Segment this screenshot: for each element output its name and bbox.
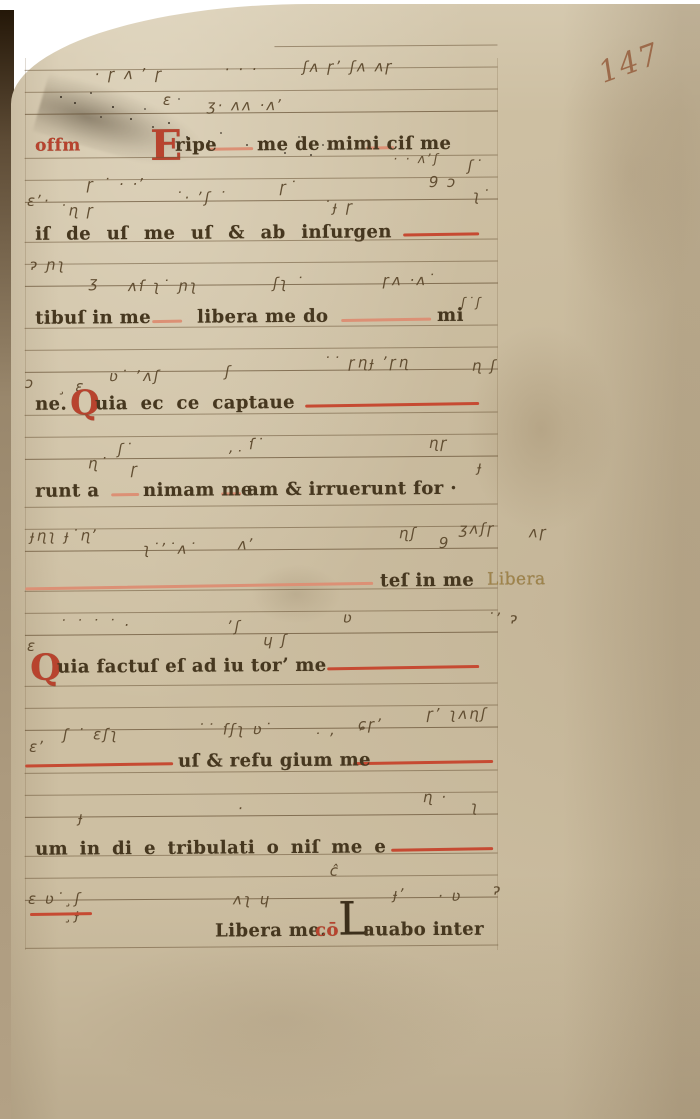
neume-group: ɟɳʅ ɟ˙ɳʼ <box>30 528 99 543</box>
red-extender-line <box>353 760 493 765</box>
ruled-line <box>25 683 498 687</box>
ruled-line <box>25 875 498 879</box>
ruled-line <box>25 504 498 508</box>
neume-group: · ʋ <box>438 889 463 904</box>
neume-group: ʒ· ʌʌ ·ʌʼ <box>207 98 284 114</box>
ruled-line <box>25 610 498 614</box>
ruled-line <box>25 369 498 373</box>
neume-group: ɟʼ <box>393 887 407 902</box>
neume-group: ʌſ ʅ˙ ɲʅ <box>128 279 199 294</box>
neume-group: ʌʅ ɥ <box>233 892 271 907</box>
neume-group: ʋ <box>343 611 354 626</box>
neume-group: ˙˙ ɼɳɟ ʼɼɳ <box>323 355 411 371</box>
ruled-line <box>25 412 498 416</box>
neume-group: · ɼ ʌ ʼ ɼ <box>95 67 165 82</box>
chant-text: auabo inter <box>363 919 484 941</box>
red-extender-line <box>305 402 479 408</box>
chant-text-row: Libera me.cōLauabo inter <box>25 918 555 956</box>
neume-group: ʃʅ ˙ <box>273 276 305 291</box>
neume-group: ˙ ʼ <box>313 732 336 747</box>
red-abbreviation: cō <box>315 920 339 942</box>
red-extender-line <box>327 665 479 670</box>
neume-group: ʒ <box>89 275 100 290</box>
chant-text: am & irruerunt for · <box>247 478 457 501</box>
red-extender-line <box>111 493 139 496</box>
ruled-line <box>25 770 498 774</box>
neume-group: ʒʌʃɼ <box>459 522 497 537</box>
chant-text: uia factuſ eſ ad iu torʼ me <box>57 655 327 678</box>
neume-group: ɳɼ <box>429 436 450 451</box>
ruled-line <box>25 347 498 351</box>
neume-group: ɼʌ ·ʌ˙ <box>383 273 437 288</box>
ruled-line <box>25 853 498 857</box>
ruled-line <box>25 588 498 592</box>
neume-group: ʅ <box>471 800 480 815</box>
neume-group: ʼ˙ <box>228 449 244 464</box>
neume-group: ɂ <box>493 883 502 898</box>
neume-group: ʅ˙ʼ˙ʌ˙ <box>143 542 198 557</box>
neume-group: ʃ ˙ ɛʃʅ <box>63 727 119 742</box>
neume-group: ʌʼ <box>238 537 256 552</box>
neume-group: ɳʃ <box>399 526 418 541</box>
neume-group: ɕɼʼ <box>358 717 384 732</box>
neume-group: 9 ɔ <box>429 175 458 190</box>
chant-text: nimam me <box>143 479 253 501</box>
neume-group: · · · <box>225 62 259 77</box>
ruled-line <box>25 261 498 265</box>
neume-group: ˙· ʼʃ ˙ <box>175 190 228 205</box>
neume-group: ɼ˙ <box>280 180 299 195</box>
neume-group: 9 <box>439 536 451 551</box>
neume-group: · <box>238 801 245 816</box>
neume-group: ɼʼ ʅʌɳʃ <box>427 707 488 722</box>
neume-group: ɔ <box>25 376 35 391</box>
neume-group: ʼʃ <box>228 619 242 634</box>
neume-group: ɛʼ· <box>27 194 51 209</box>
neume-group: ɂ ɲʅ <box>30 258 67 273</box>
neume-group: ʅ˙ <box>473 189 492 204</box>
neume-group: ɟ <box>78 810 85 825</box>
neume-group: ˙ʼ ɂ <box>487 611 519 626</box>
neume-group: ɳ · <box>423 790 448 805</box>
staff-system: ɛ ʋ˙¸ʃ¸ɟʌʅ ɥĉɟʼ· ʋɂLibera me.cōLauabo in… <box>25 848 556 972</box>
ruled-line <box>25 239 498 243</box>
neume-group: ɛ <box>163 93 173 108</box>
neume-group: ɟ <box>477 460 484 475</box>
neume-group: ɼ ˙ · ·ʼ <box>87 177 146 192</box>
neume-group: ˙˙ ſʃʅ ʋ˙ <box>197 722 273 738</box>
red-extender-line <box>25 762 173 767</box>
neume-group: ſ˙ <box>249 437 266 452</box>
manuscript-photo: 147 · ɼ ʌ ʼ ɼ· · ·ʃʌ ɼʼ ʃʌ ʌɼɛʒ· ʌʌ ·ʌʼ·… <box>0 0 700 1119</box>
neume-group: ɳ ʃ <box>472 359 498 374</box>
neume-group: ˙ ˙ ˙ ˙ · <box>59 618 131 634</box>
neume-group: ɼ <box>131 462 140 477</box>
neume-group: ʌɼ <box>529 525 549 540</box>
chant-text: Libera me. <box>215 920 327 942</box>
neume-group: ˙ɟ ɼ <box>323 200 355 215</box>
ruled-line <box>25 155 498 159</box>
ruled-line <box>25 325 498 329</box>
neume-group: ʋ˙ ʼʌʃ <box>109 369 161 384</box>
chant-text: runt a <box>35 480 99 502</box>
neume-group: ɥ ʃ <box>263 633 288 648</box>
ruled-line <box>25 548 498 552</box>
neume-group: ĉ <box>330 864 340 879</box>
neume-group: ʃ <box>225 364 232 379</box>
neume-group: ˙ɳ ɼ <box>59 203 96 218</box>
neume-group: ɳ˙ <box>88 456 109 471</box>
ruled-line <box>25 89 498 93</box>
red-extender-line <box>30 912 92 916</box>
neume-group: ʃʌ ɼʼ ʃʌ ʌɼ <box>303 59 395 75</box>
neume-group: ʃ˙ <box>118 442 135 457</box>
neume-group: ʃ˙ <box>468 159 485 174</box>
ruled-line <box>25 814 498 818</box>
